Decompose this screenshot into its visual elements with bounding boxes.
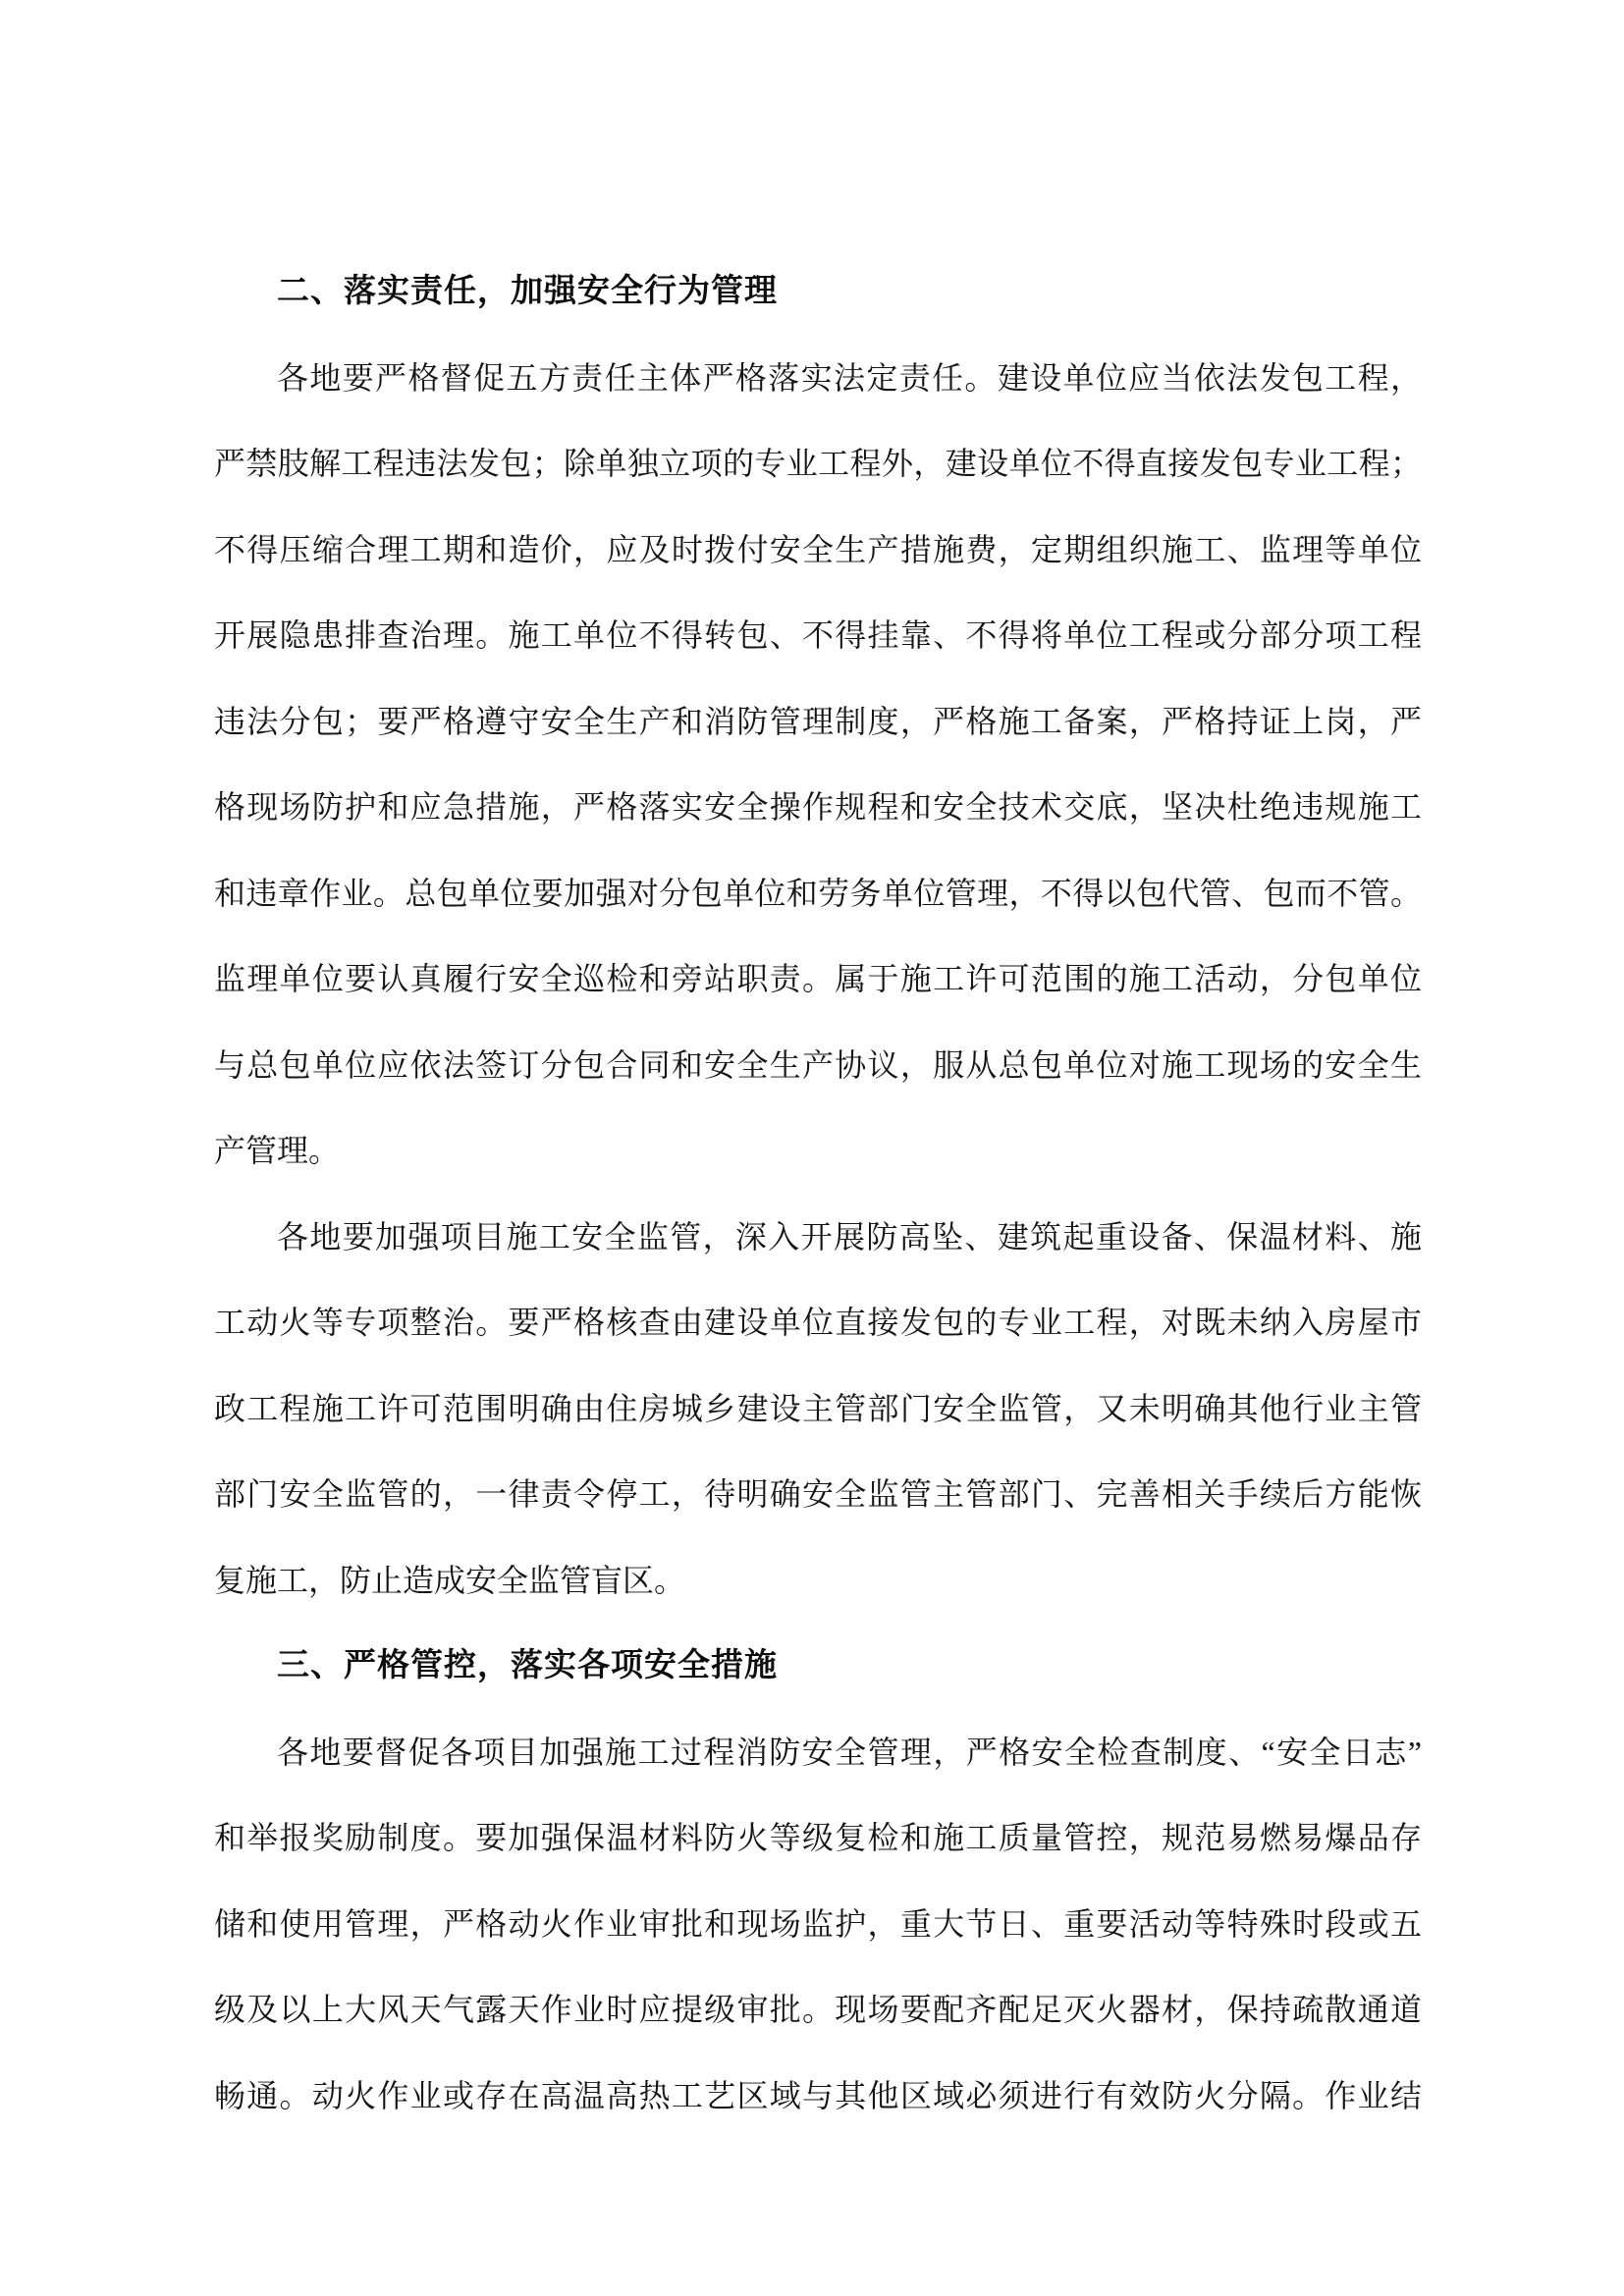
section-heading-3: 三、严格管控，落实各项安全措施 [214,1624,1422,1710]
doc-line: 和举报奖励制度。要加强保温材料防火等级复检和施工质量管控，规范易燃易爆品存 [214,1795,1422,1882]
section-heading-2: 二、落实责任，加强安全行为管理 [214,249,1422,336]
doc-line: 政工程施工许可范围明确由住房城乡建设主管部门安全监管，又未明确其他行业主管 [214,1366,1422,1453]
paragraph-3: 各地要督促各项目加强施工过程消防安全管理，严格安全检查制度、“安全日志” 和举报… [214,1710,1422,2140]
doc-line: 各地要加强项目施工安全监管，深入开展防高坠、建筑起重设备、保温材料、施 [214,1195,1422,1281]
paragraph-2: 各地要加强项目施工安全监管，深入开展防高坠、建筑起重设备、保温材料、施 工动火等… [214,1195,1422,1625]
doc-line: 复施工，防止造成安全监管盲区。 [214,1538,1422,1625]
doc-line: 各地要严格督促五方责任主体严格落实法定责任。建设单位应当依法发包工程， [214,336,1422,422]
doc-line: 格现场防护和应急措施，严格落实安全操作规程和安全技术交底，坚决杜绝违规施工 [214,765,1422,851]
doc-line: 产管理。 [214,1108,1422,1195]
doc-line: 严禁肢解工程违法发包；除单独立项的专业工程外，建设单位不得直接发包专业工程； [214,421,1422,507]
doc-line: 工动火等专项整治。要严格核查由建设单位直接发包的专业工程，对既未纳入房屋市 [214,1280,1422,1366]
doc-line: 监理单位要认真履行安全巡检和旁站职责。属于施工许可范围的施工活动，分包单位 [214,936,1422,1023]
doc-line: 不得压缩合理工期和造价，应及时拨付安全生产措施费，定期组织施工、监理等单位 [214,507,1422,594]
doc-line: 和违章作业。总包单位要加强对分包单位和劳务单位管理，不得以包代管、包而不管。 [214,851,1422,937]
doc-line: 与总包单位应依法签订分包合同和安全生产协议，服从总包单位对施工现场的安全生 [214,1023,1422,1109]
document-content: 二、落实责任，加强安全行为管理 各地要严格督促五方责任主体严格落实法定责任。建设… [214,249,1422,2139]
doc-line: 开展隐患排查治理。施工单位不得转包、不得挂靠、不得将单位工程或分部分项工程 [214,593,1422,679]
doc-line: 部门安全监管的，一律责令停工，待明确安全监管主管部门、完善相关手续后方能恢 [214,1452,1422,1538]
doc-line: 各地要督促各项目加强施工过程消防安全管理，严格安全检查制度、“安全日志” [214,1710,1422,1796]
document-page: 二、落实责任，加强安全行为管理 各地要严格督促五方责任主体严格落实法定责任。建设… [0,0,1624,2296]
doc-line: 违法分包；要严格遵守安全生产和消防管理制度，严格施工备案，严格持证上岗，严 [214,679,1422,766]
paragraph-1: 各地要严格督促五方责任主体严格落实法定责任。建设单位应当依法发包工程， 严禁肢解… [214,336,1422,1195]
doc-line: 畅通。动火作业或存在高温高热工艺区域与其他区域必须进行有效防火分隔。作业结 [214,2054,1422,2140]
doc-line: 级及以上大风天气露天作业时应提级审批。现场要配齐配足灭火器材，保持疏散通道 [214,1967,1422,2054]
doc-line: 储和使用管理，严格动火作业审批和现场监护，重大节日、重要活动等特殊时段或五 [214,1882,1422,1968]
